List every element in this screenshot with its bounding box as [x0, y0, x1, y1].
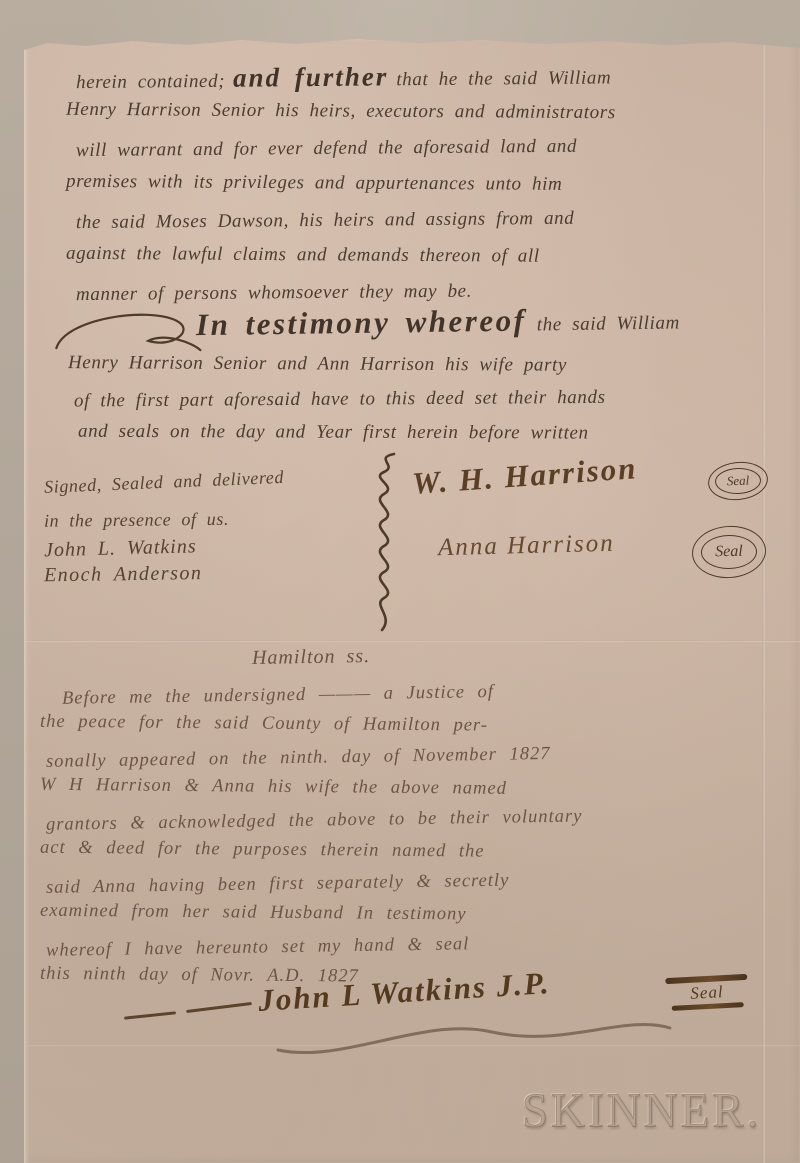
line1-pre: herein contained; [76, 71, 225, 93]
attestation-line: Signed, Sealed and delivered [44, 463, 375, 498]
testimonium-lead: In testimony whereof [196, 303, 527, 343]
testimonium-lead-rest: the said William [537, 312, 680, 335]
deed-document-page: herein contained;and furtherthat he the … [24, 36, 800, 1163]
handwritten-line: will warrant and for ever defend the afo… [76, 127, 786, 169]
officer-signature-row: John L Watkins J.P. Seal [24, 966, 800, 1056]
handwritten-line: Henry Harrison Senior and Ann Harrison h… [68, 346, 796, 384]
testimonium-clause: In testimony whereof the said William He… [52, 296, 796, 450]
line1-emphasis: and further [225, 61, 397, 92]
pen-dash [186, 1002, 252, 1013]
handwritten-line: the said Moses Dawson, his heirs and ass… [76, 199, 786, 241]
handwritten-line: and seals on the day and Year first here… [78, 415, 796, 452]
acknowledgment-venue: Hamilton ss. [252, 645, 371, 670]
line1-post: that he the said William [396, 67, 611, 90]
seal-label: Seal [701, 535, 758, 570]
brace-squiggle-icon [368, 452, 402, 632]
handwritten-line: premises with its privileges and appurte… [66, 164, 786, 204]
seal-oval: Seal [706, 459, 770, 503]
grantor-signature-wh-harrison: W. H. Harrison [411, 450, 639, 502]
grantor-signature-anna-harrison: Anna Harrison [438, 530, 615, 563]
witness-signature: John L. Watkins [44, 531, 374, 563]
warranty-clause: herein contained;and furtherthat he the … [62, 58, 786, 310]
pen-dash [124, 1011, 176, 1019]
handwritten-line: against the lawful claims and demands th… [66, 236, 786, 276]
attestation-block: Signed, Sealed and delivered in the pres… [44, 470, 374, 585]
attestation-line: in the presence of us. [44, 507, 374, 531]
photo-background: herein contained;and furtherthat he the … [0, 0, 800, 1163]
handwritten-line: Henry Harrison Senior his heirs, executo… [66, 92, 786, 132]
horizontal-fold-crease [24, 640, 800, 643]
handwritten-line: herein contained;and furtherthat he the … [76, 55, 786, 97]
seal-label: Seal [690, 983, 724, 1002]
seal-label: Seal [715, 467, 762, 495]
acknowledgment-block: Before me the undersigned ——— a Justice … [38, 678, 794, 993]
skinner-watermark: SKINNER. [522, 1083, 761, 1139]
officer-seal-stamp: Seal [663, 974, 751, 1011]
signature-flourish-icon [274, 1006, 674, 1062]
witness-signature: Enoch Anderson [44, 560, 374, 588]
seal-bar [672, 1002, 744, 1011]
handwritten-line: of the first part aforesaid have to this… [74, 379, 796, 418]
handwritten-line: In testimony whereof the said William [52, 291, 797, 353]
seal-oval: Seal [690, 523, 767, 580]
